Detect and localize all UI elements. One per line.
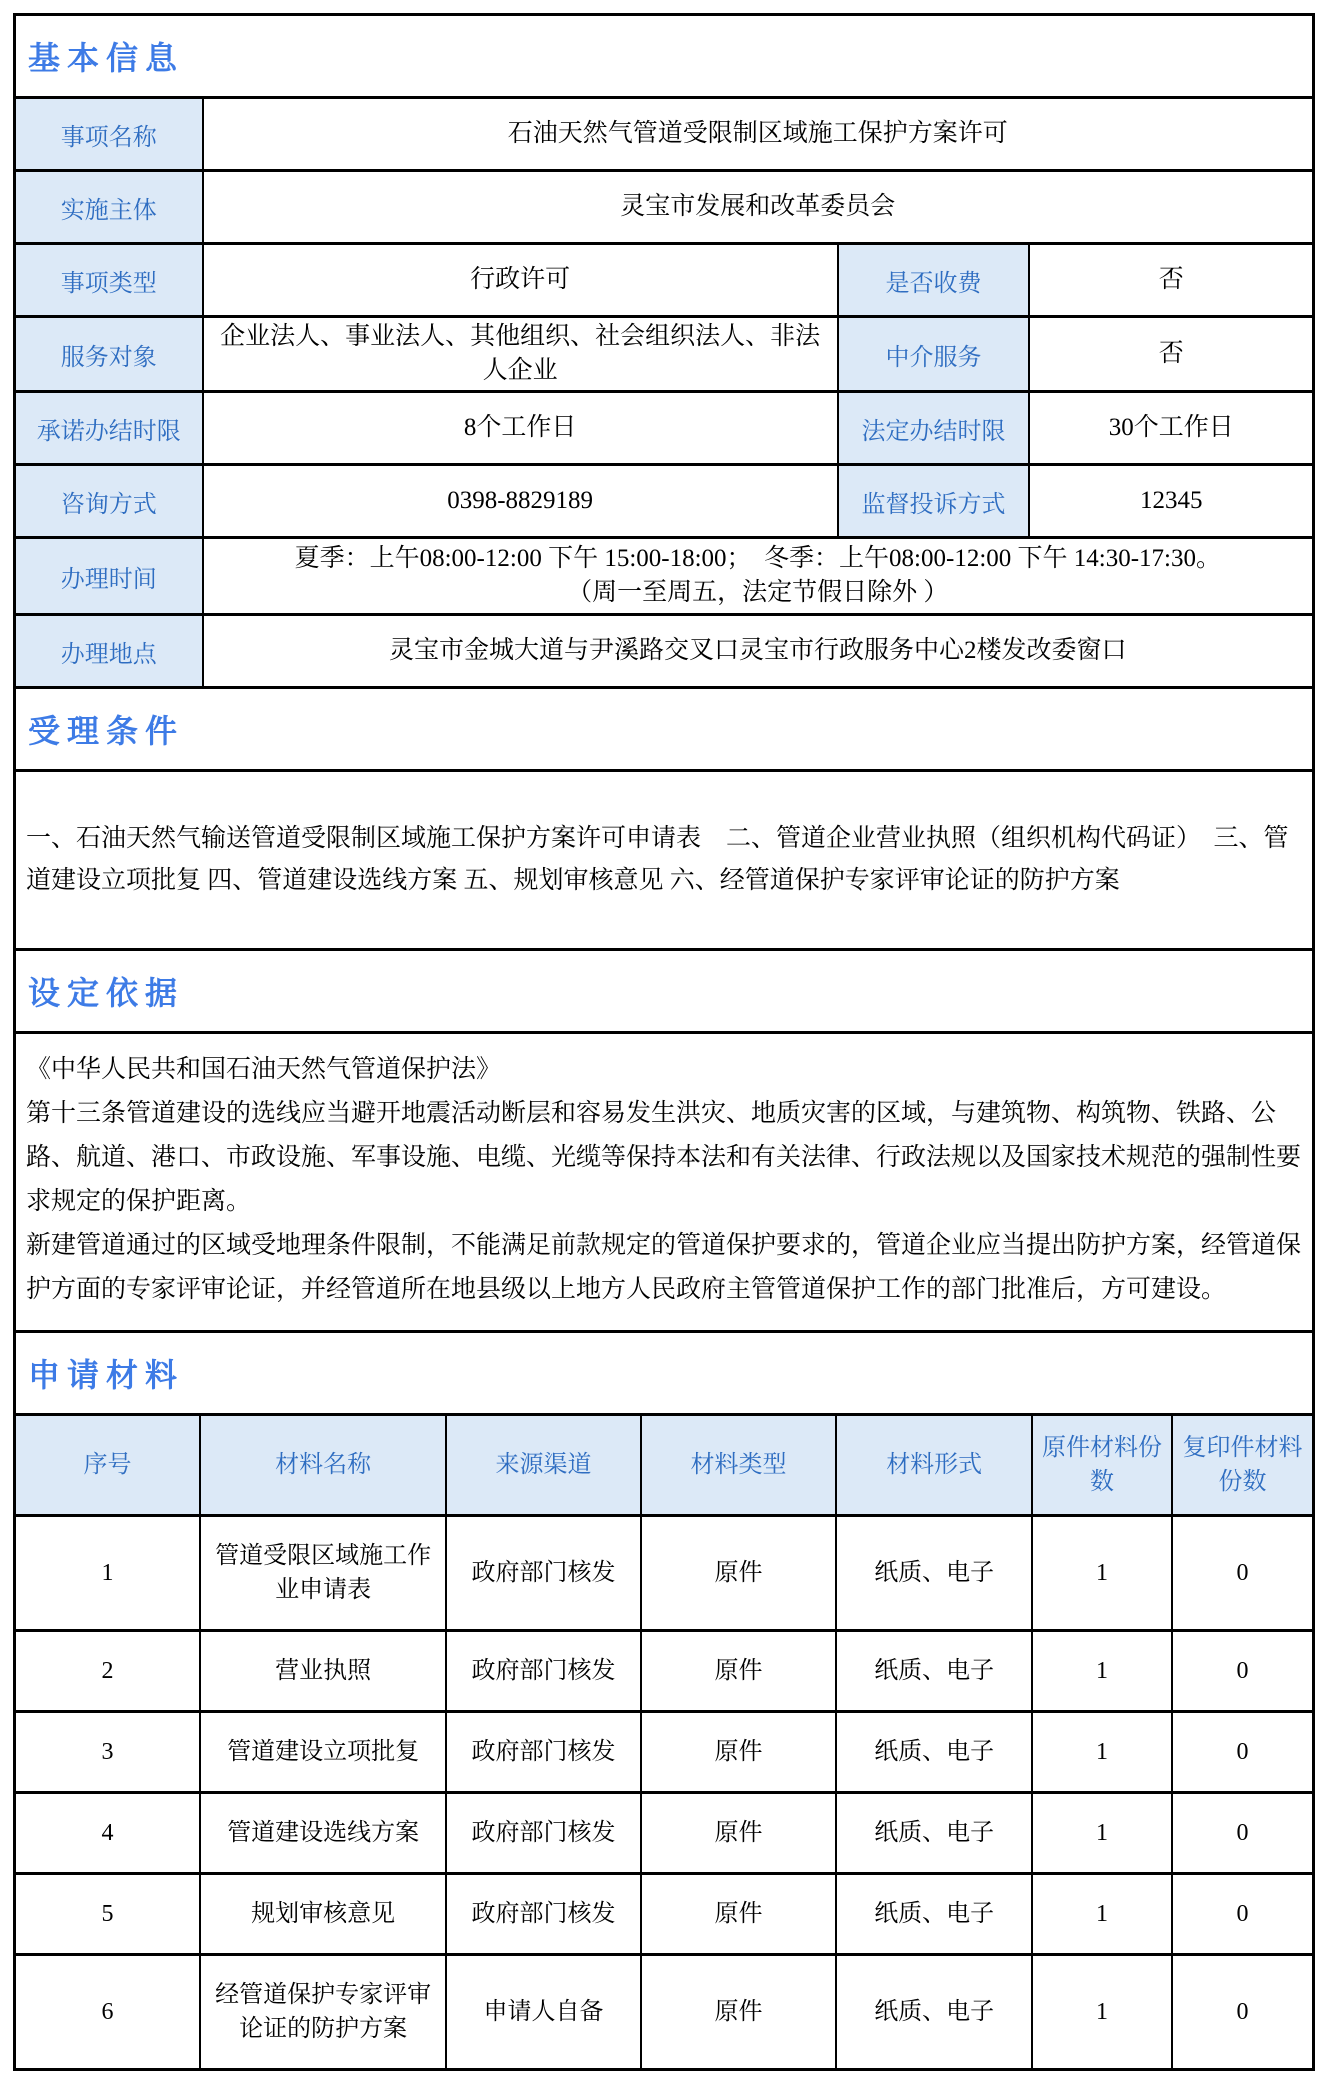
row-value-promised-time-limit: 8个工作日	[203, 392, 838, 465]
cell-source-channel: 政府部门核发	[446, 1874, 640, 1955]
cell-material-name: 管道受限区域施工作业申请表	[200, 1516, 446, 1631]
cell-duplicate-copies: 0	[1172, 1874, 1312, 1955]
section-title-setting-basis: 设定依据	[16, 951, 1312, 1034]
table-row: 5 规划审核意见 政府部门核发 原件 纸质、电子 1 0	[16, 1874, 1312, 1955]
acceptance-conditions-text: 一、石油天然气输送管道受限制区域施工保护方案许可申请表 二、管道企业营业执照（组…	[16, 772, 1312, 951]
cell-material-form: 纸质、电子	[836, 1712, 1032, 1793]
section-title-acceptance-conditions: 受理条件	[16, 689, 1312, 772]
table-row: 事项名称 石油天然气管道受限制区域施工保护方案许可	[16, 99, 1312, 171]
cell-material-form: 纸质、电子	[836, 1516, 1032, 1631]
cell-material-form: 纸质、电子	[836, 1793, 1032, 1874]
basic-info-table: 事项名称 石油天然气管道受限制区域施工保护方案许可 实施主体 灵宝市发展和改革委…	[16, 99, 1312, 689]
column-header-source-channel: 来源渠道	[446, 1416, 640, 1516]
section-title-basic-info: 基本信息	[16, 16, 1312, 99]
cell-duplicate-copies: 0	[1172, 1631, 1312, 1712]
table-row: 1 管道受限区域施工作业申请表 政府部门核发 原件 纸质、电子 1 0	[16, 1516, 1312, 1631]
cell-material-type: 原件	[641, 1516, 837, 1631]
row-label-office-location: 办理地点	[16, 615, 203, 688]
cell-material-type: 原件	[641, 1793, 837, 1874]
row-label-item-type: 事项类型	[16, 244, 203, 317]
cell-source-channel: 政府部门核发	[446, 1793, 640, 1874]
column-header-duplicate-copies: 复印件材料份数	[1172, 1416, 1312, 1516]
cell-source-channel: 申请人自备	[446, 1955, 640, 2069]
row-label-consult-phone: 咨询方式	[16, 465, 203, 538]
table-row: 实施主体 灵宝市发展和改革委员会	[16, 171, 1312, 244]
setting-basis-paragraph: 第十三条管道建设的选线应当避开地震活动断层和容易发生洪灾、地质灾害的区域，与建筑…	[26, 1092, 1302, 1224]
row-label-complaint-channel: 监督投诉方式	[838, 465, 1030, 538]
cell-material-name: 规划审核意见	[200, 1874, 446, 1955]
cell-seq: 2	[16, 1631, 200, 1712]
table-row: 办理时间 夏季：上午08:00-12:00 下午 15:00-18:00； 冬季…	[16, 538, 1312, 615]
office-hours-line1: 夏季：上午08:00-12:00 下午 15:00-18:00； 冬季：上午08…	[210, 542, 1306, 576]
cell-original-copies: 1	[1032, 1631, 1172, 1712]
row-value-service-target: 企业法人、事业法人、其他组织、社会组织法人、非法人企业	[203, 317, 838, 392]
row-label-statutory-time-limit: 法定办结时限	[838, 392, 1030, 465]
cell-duplicate-copies: 0	[1172, 1793, 1312, 1874]
cell-material-type: 原件	[641, 1631, 837, 1712]
cell-material-name: 营业执照	[200, 1631, 446, 1712]
cell-source-channel: 政府部门核发	[446, 1516, 640, 1631]
column-header-seq: 序号	[16, 1416, 200, 1516]
row-label-promised-time-limit: 承诺办结时限	[16, 392, 203, 465]
row-value-office-location: 灵宝市金城大道与尹溪路交叉口灵宝市行政服务中心2楼发改委窗口	[203, 615, 1312, 688]
cell-duplicate-copies: 0	[1172, 1712, 1312, 1793]
setting-basis-paragraph: 《中华人民共和国石油天然气管道保护法》	[26, 1048, 1302, 1092]
cell-seq: 5	[16, 1874, 200, 1955]
row-label-intermediary-service: 中介服务	[838, 317, 1030, 392]
cell-seq: 1	[16, 1516, 200, 1631]
cell-material-form: 纸质、电子	[836, 1631, 1032, 1712]
column-header-material-type: 材料类型	[641, 1416, 837, 1516]
application-materials-table: 序号 材料名称 来源渠道 材料类型 材料形式 原件材料份数 复印件材料份数 1 …	[16, 1416, 1312, 2068]
row-value-statutory-time-limit: 30个工作日	[1029, 392, 1312, 465]
table-row: 4 管道建设选线方案 政府部门核发 原件 纸质、电子 1 0	[16, 1793, 1312, 1874]
table-row: 服务对象 企业法人、事业法人、其他组织、社会组织法人、非法人企业 中介服务 否	[16, 317, 1312, 392]
table-row: 6 经管道保护专家评审论证的防护方案 申请人自备 原件 纸质、电子 1 0	[16, 1955, 1312, 2069]
row-value-implementing-body: 灵宝市发展和改革委员会	[203, 171, 1312, 244]
row-value-consult-phone: 0398-8829189	[203, 465, 838, 538]
cell-original-copies: 1	[1032, 1955, 1172, 2069]
cell-material-type: 原件	[641, 1712, 837, 1793]
acceptance-conditions-paragraph: 一、石油天然气输送管道受限制区域施工保护方案许可申请表 二、管道企业营业执照（组…	[26, 818, 1302, 902]
setting-basis-paragraph: 新建管道通过的区域受地理条件限制，不能满足前款规定的管道保护要求的，管道企业应当…	[26, 1224, 1302, 1312]
table-row: 3 管道建设立项批复 政府部门核发 原件 纸质、电子 1 0	[16, 1712, 1312, 1793]
table-row: 事项类型 行政许可 是否收费 否	[16, 244, 1312, 317]
row-value-item-type: 行政许可	[203, 244, 838, 317]
row-label-item-name: 事项名称	[16, 99, 203, 171]
cell-duplicate-copies: 0	[1172, 1955, 1312, 2069]
row-label-implementing-body: 实施主体	[16, 171, 203, 244]
office-hours-line2: （周一至周五，法定节假日除外 ）	[210, 576, 1306, 610]
cell-seq: 3	[16, 1712, 200, 1793]
row-value-intermediary-service: 否	[1029, 317, 1312, 392]
table-row: 承诺办结时限 8个工作日 法定办结时限 30个工作日	[16, 392, 1312, 465]
row-value-office-hours: 夏季：上午08:00-12:00 下午 15:00-18:00； 冬季：上午08…	[203, 538, 1312, 615]
cell-original-copies: 1	[1032, 1793, 1172, 1874]
cell-original-copies: 1	[1032, 1874, 1172, 1955]
cell-material-form: 纸质、电子	[836, 1874, 1032, 1955]
cell-seq: 4	[16, 1793, 200, 1874]
row-value-item-name: 石油天然气管道受限制区域施工保护方案许可	[203, 99, 1312, 171]
column-header-material-name: 材料名称	[200, 1416, 446, 1516]
table-row: 办理地点 灵宝市金城大道与尹溪路交叉口灵宝市行政服务中心2楼发改委窗口	[16, 615, 1312, 688]
cell-material-name: 管道建设选线方案	[200, 1793, 446, 1874]
section-title-application-materials: 申请材料	[16, 1333, 1312, 1416]
table-row: 咨询方式 0398-8829189 监督投诉方式 12345	[16, 465, 1312, 538]
cell-duplicate-copies: 0	[1172, 1516, 1312, 1631]
materials-header-row: 序号 材料名称 来源渠道 材料类型 材料形式 原件材料份数 复印件材料份数	[16, 1416, 1312, 1516]
row-label-service-target: 服务对象	[16, 317, 203, 392]
cell-material-type: 原件	[641, 1955, 837, 2069]
row-label-office-hours: 办理时间	[16, 538, 203, 615]
setting-basis-text: 《中华人民共和国石油天然气管道保护法》 第十三条管道建设的选线应当避开地震活动断…	[16, 1034, 1312, 1333]
cell-material-type: 原件	[641, 1874, 837, 1955]
cell-source-channel: 政府部门核发	[446, 1631, 640, 1712]
table-row: 2 营业执照 政府部门核发 原件 纸质、电子 1 0	[16, 1631, 1312, 1712]
column-header-material-form: 材料形式	[836, 1416, 1032, 1516]
cell-material-name: 管道建设立项批复	[200, 1712, 446, 1793]
cell-original-copies: 1	[1032, 1712, 1172, 1793]
cell-material-name: 经管道保护专家评审论证的防护方案	[200, 1955, 446, 2069]
row-value-fee-charged: 否	[1029, 244, 1312, 317]
row-value-complaint-channel: 12345	[1029, 465, 1312, 538]
row-label-fee-charged: 是否收费	[838, 244, 1030, 317]
cell-original-copies: 1	[1032, 1516, 1172, 1631]
cell-seq: 6	[16, 1955, 200, 2069]
cell-material-form: 纸质、电子	[836, 1955, 1032, 2069]
column-header-original-copies: 原件材料份数	[1032, 1416, 1172, 1516]
service-item-document: 基本信息 事项名称 石油天然气管道受限制区域施工保护方案许可 实施主体 灵宝市发…	[13, 13, 1315, 2071]
cell-source-channel: 政府部门核发	[446, 1712, 640, 1793]
